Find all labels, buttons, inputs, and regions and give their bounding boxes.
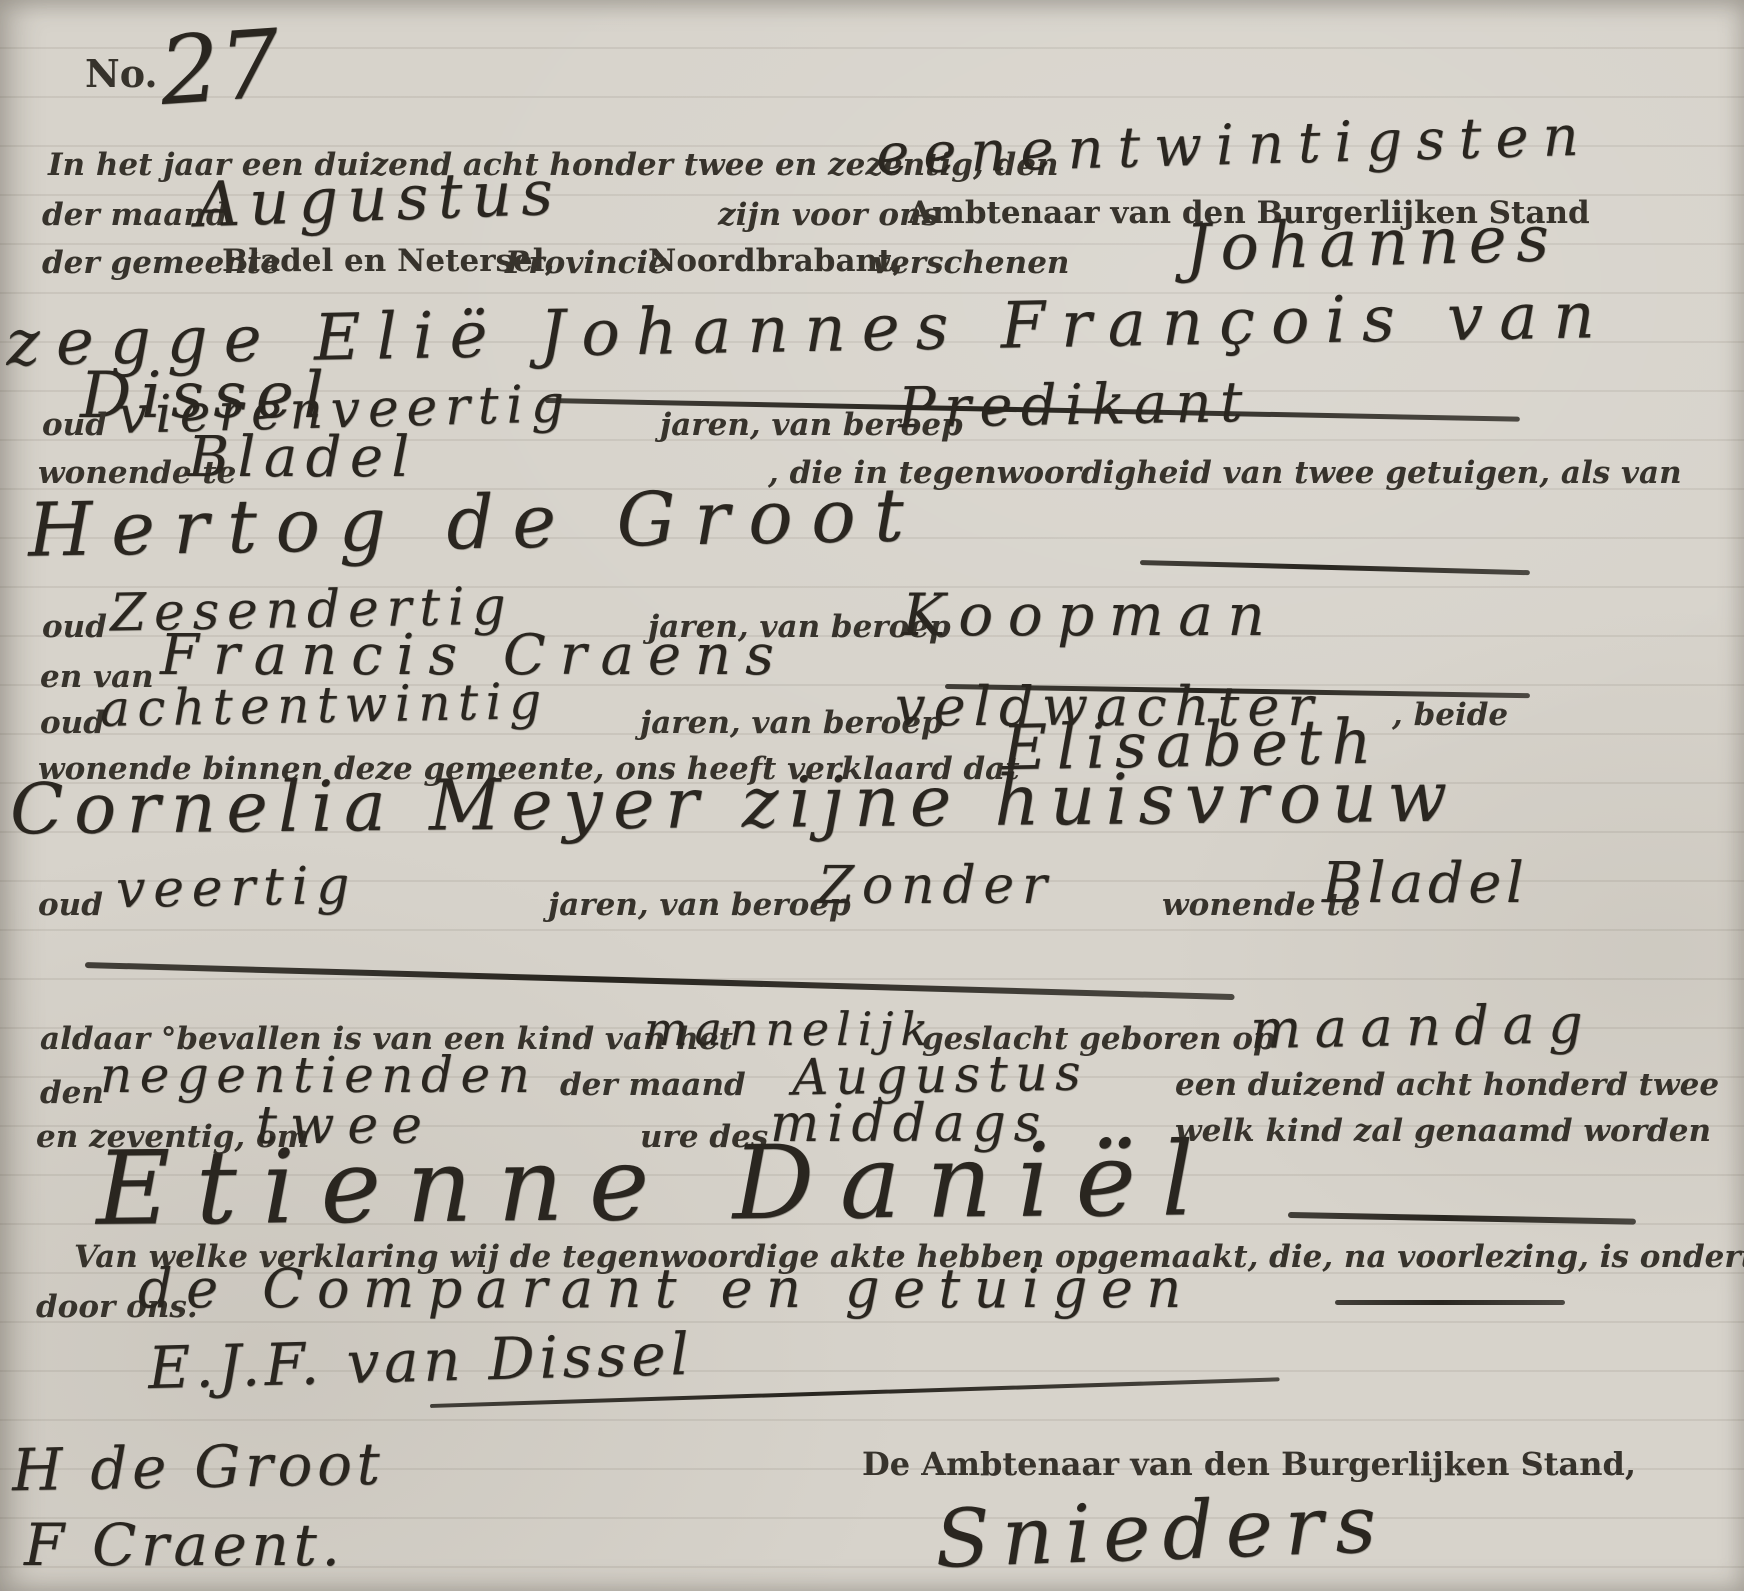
printed-birth-year: een duizend acht honderd twee: [1175, 1070, 1719, 1101]
entry-witness1-profession: Koopman: [902, 586, 1279, 644]
entry-signed-by: de Comparant en getuigen: [138, 1262, 1195, 1316]
entry-witness1-name: Hertog de Groot: [27, 478, 923, 568]
printed-province-name: Noordbrabant,: [648, 246, 903, 277]
fill-line: [85, 962, 1235, 1000]
signature-registrar: Snieders: [934, 1484, 1390, 1580]
fill-line: [1288, 1212, 1636, 1225]
printed-of-month-label: der maand: [560, 1070, 746, 1101]
entry-declarant-firstname: Johannes: [1184, 207, 1559, 281]
printed-appeared-label: verschenen: [872, 248, 1069, 279]
signature-witness2: F Craent.: [24, 1516, 345, 1574]
printed-age-label: oud: [42, 612, 107, 643]
fill-line: [1140, 560, 1530, 575]
entry-birth-day: negentienden: [100, 1050, 537, 1100]
printed-before-us: zijn voor ons: [718, 200, 939, 231]
entry-month: Augustus: [194, 162, 563, 237]
entry-day-ordinal: eenentwintigsten: [875, 109, 1593, 184]
entry-declarant-profession: Predikant: [898, 375, 1252, 437]
entry-mother-residence: Bladel: [1322, 856, 1528, 912]
birth-certificate-page: No. 27 In het jaar een duizend acht hond…: [0, 0, 1744, 1591]
printed-both-label: , beide: [1392, 700, 1508, 731]
printed-age-label: oud: [38, 890, 103, 921]
fill-line: [1335, 1300, 1565, 1305]
entry-child-gender: mannelijk: [644, 1006, 935, 1052]
entry-mother-names: Cornelia Meyer zijne huisvrouw: [10, 762, 1458, 845]
printed-province-label: Provincie: [505, 248, 668, 279]
printed-years-profession-label: jaren, van beroep: [548, 890, 851, 921]
registrar-title: De Ambtenaar van den Burgerlijken Stand,: [862, 1448, 1636, 1480]
entry-mother-profession: Zonder: [818, 860, 1055, 912]
act-number-value: 27: [157, 18, 283, 120]
signature-declarant: E.J.F. van Dissel: [147, 1325, 694, 1397]
signature-witness1: H de Groot: [12, 1435, 385, 1499]
entry-declarant-residence: Bladel: [188, 430, 418, 486]
act-number-label: No.: [85, 55, 158, 93]
entry-birth-weekday: maandag: [1250, 997, 1597, 1057]
printed-age-label: oud: [42, 410, 107, 441]
printed-den-label: den: [40, 1078, 104, 1109]
printed-child-named-label: welk kind zal genaamd worden: [1175, 1116, 1711, 1147]
entry-mother-age: veertig: [116, 860, 358, 916]
entry-child-name: Etienne Daniël: [96, 1129, 1220, 1241]
entry-witness2-age: achtentwintig: [100, 676, 549, 734]
printed-age-label: oud: [40, 708, 105, 739]
